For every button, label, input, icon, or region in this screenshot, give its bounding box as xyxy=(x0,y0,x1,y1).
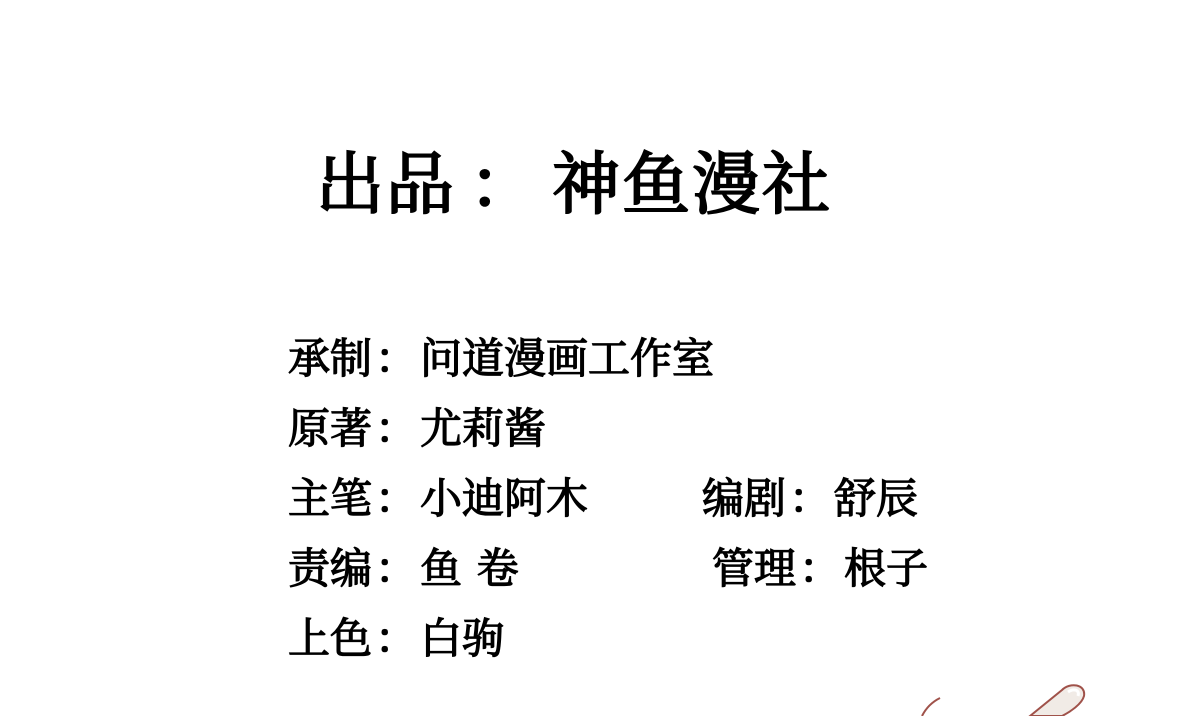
credit-manager: 管理：根子 xyxy=(712,544,928,594)
credit-separator: ： xyxy=(796,544,844,594)
credit-editor: 责编：鱼 卷 xyxy=(288,544,519,594)
credit-label: 编剧 xyxy=(702,474,786,523)
credit-lead-artist: 主笔：小迪阿木 xyxy=(288,474,588,524)
publisher-separator: ： xyxy=(456,146,552,226)
credit-label: 管理 xyxy=(712,544,796,593)
partial-illustration xyxy=(900,680,1200,716)
credit-colorist: 上色：白驹 xyxy=(288,614,504,664)
credit-label: 主笔 xyxy=(288,474,372,523)
credit-value: 小迪阿木 xyxy=(420,474,588,523)
credit-label: 承制 xyxy=(288,334,372,383)
credit-value: 白驹 xyxy=(420,614,504,663)
credit-separator: ： xyxy=(372,334,420,384)
credit-value: 根子 xyxy=(844,544,928,593)
publisher-name: 神鱼漫社 xyxy=(552,146,832,225)
credit-production: 承制：问道漫画工作室 xyxy=(288,334,714,384)
credit-value: 问道漫画工作室 xyxy=(420,334,714,383)
credit-separator: ： xyxy=(786,474,834,524)
credit-value: 鱼 卷 xyxy=(420,544,519,593)
credit-label: 上色 xyxy=(288,614,372,663)
credit-separator: ： xyxy=(372,474,420,524)
credit-separator: ： xyxy=(372,404,420,454)
credit-original-author: 原著：尤莉酱 xyxy=(288,404,546,454)
credit-value: 舒辰 xyxy=(834,474,918,523)
credit-label: 原著 xyxy=(288,404,372,453)
publisher-label: 出品 xyxy=(316,146,456,225)
credit-separator: ： xyxy=(372,544,420,594)
credit-value: 尤莉酱 xyxy=(420,404,546,453)
finger-illustration-icon xyxy=(900,680,1200,716)
publisher-title: 出品：神鱼漫社 xyxy=(316,146,832,226)
credit-label: 责编 xyxy=(288,544,372,593)
credit-separator: ： xyxy=(372,614,420,664)
credit-screenwriter: 编剧：舒辰 xyxy=(702,474,918,524)
